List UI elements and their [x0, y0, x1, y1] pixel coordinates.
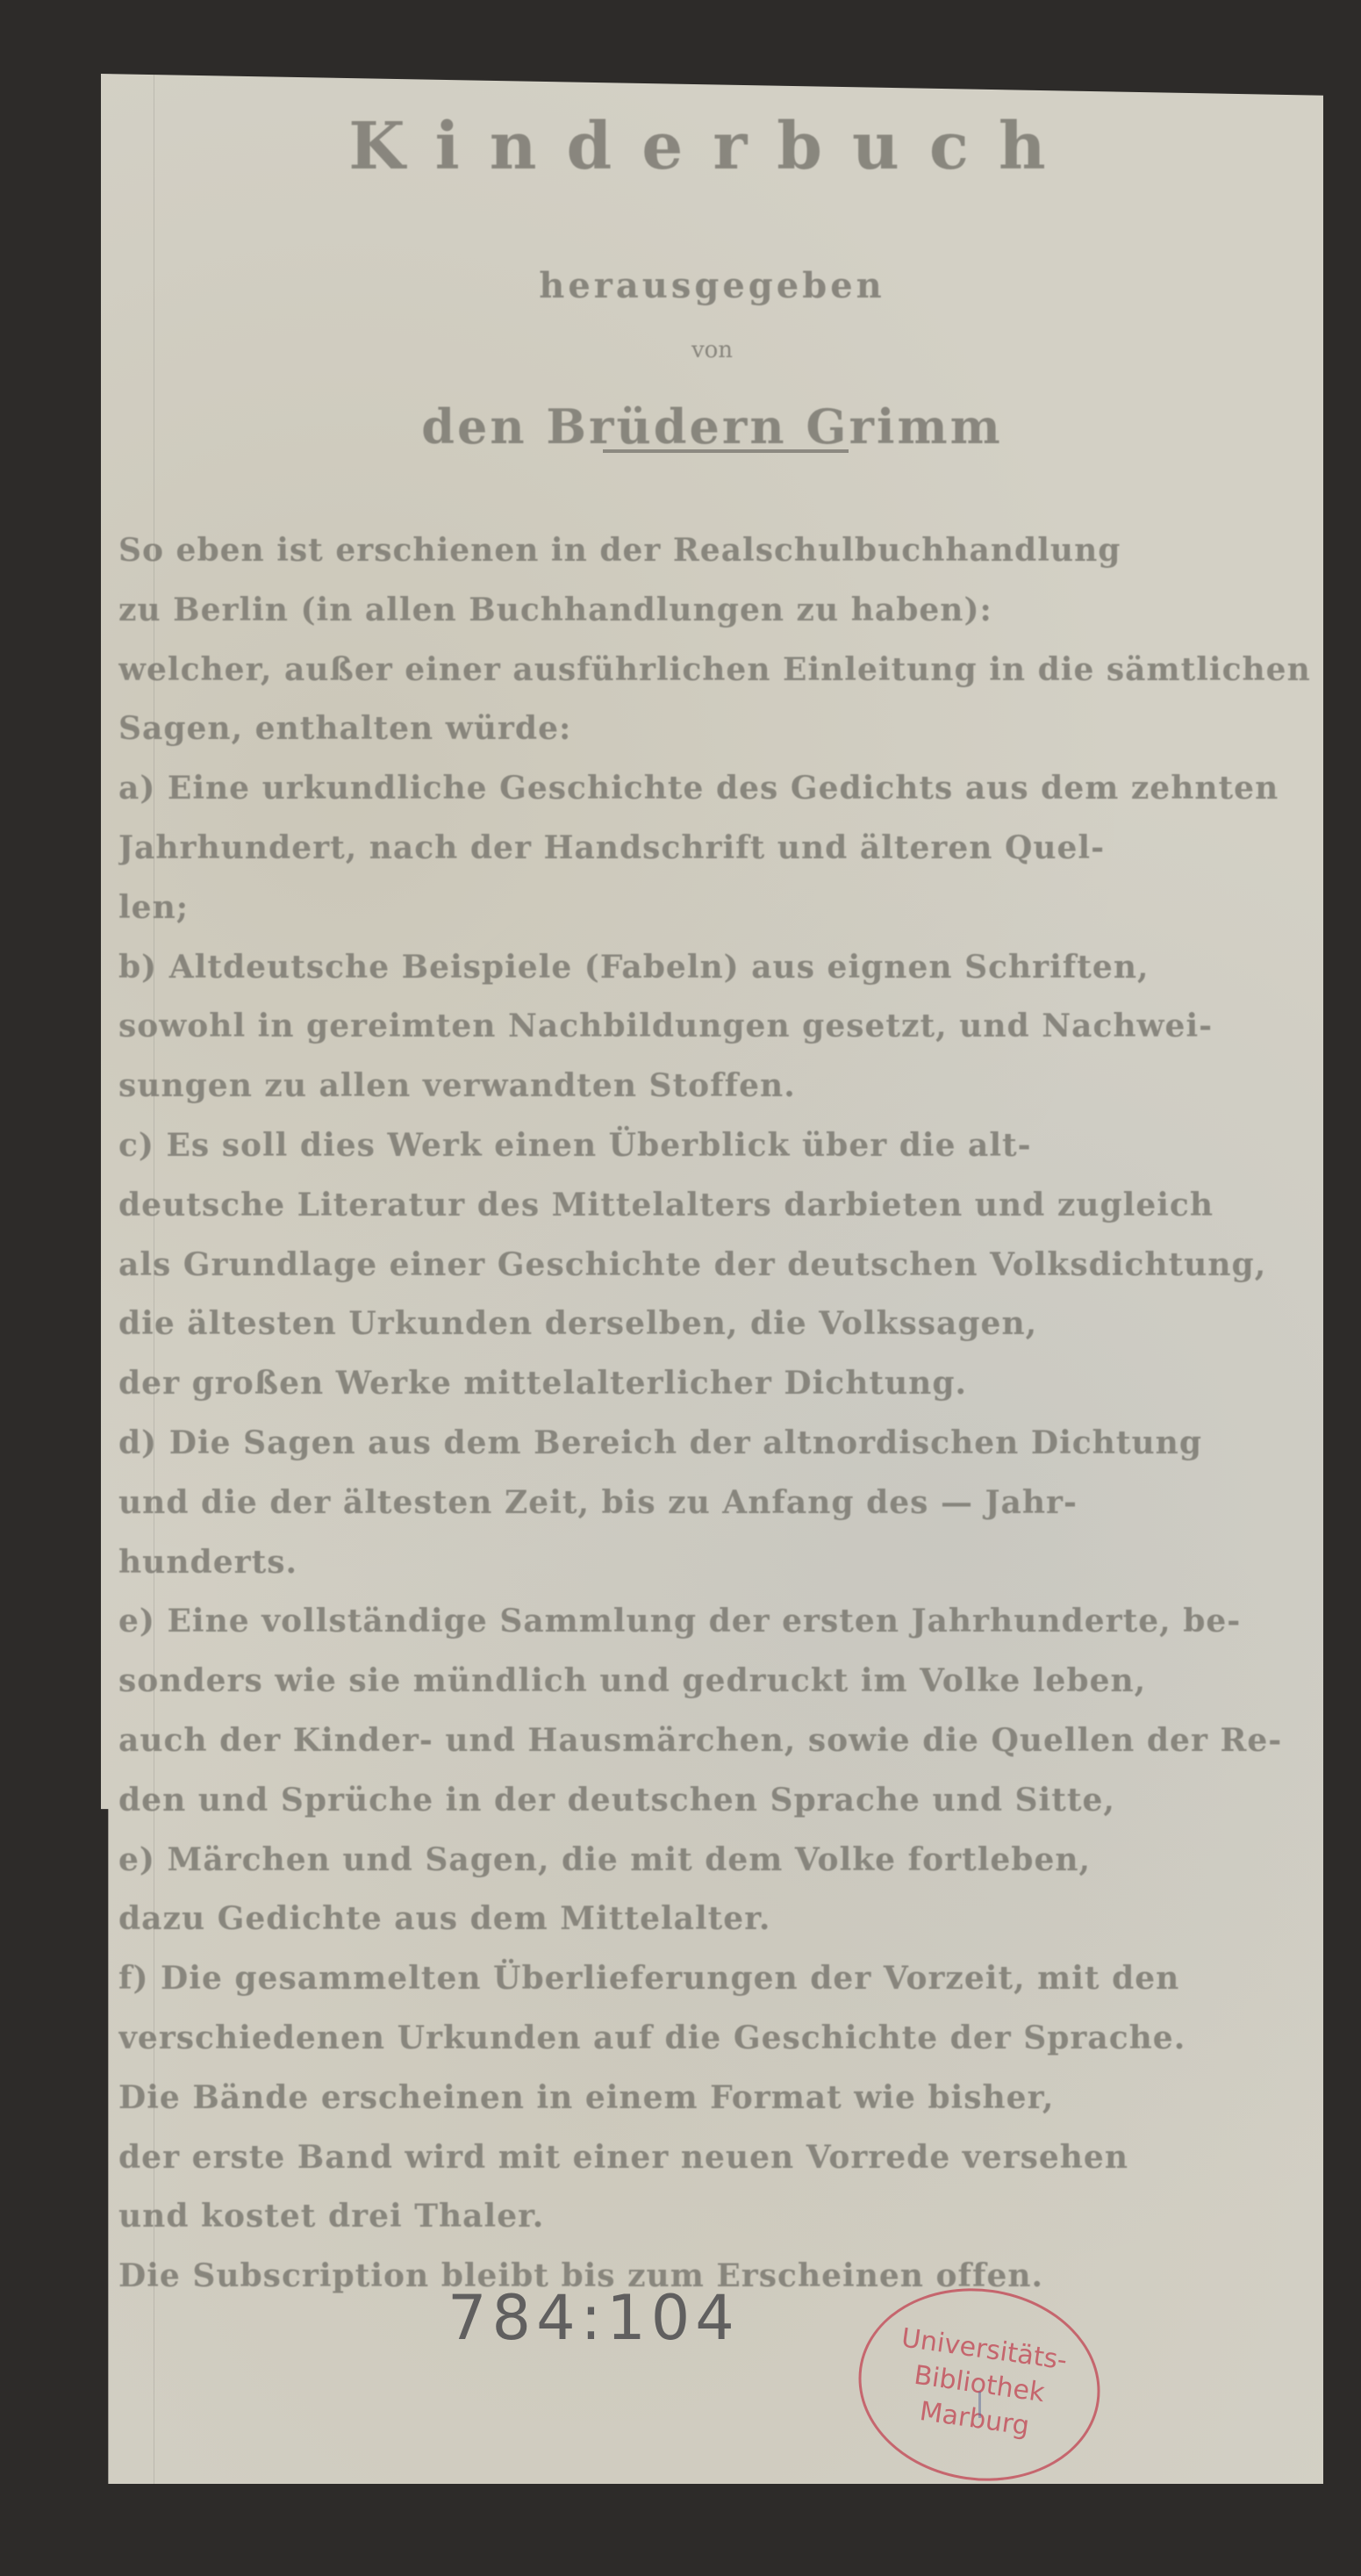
document-by: von [101, 337, 1323, 363]
body-line: der erste Band wird mit einer neuen Vorr… [118, 2128, 1312, 2188]
body-line: a) Eine urkundliche Geschichte des Gedic… [118, 759, 1312, 819]
document-authors: den Brüdern Grimm [101, 398, 1323, 455]
body-line: welcher, außer einer ausführlichen Einle… [118, 641, 1312, 700]
pencil-mark [978, 2392, 981, 2418]
document-page: Kinderbuch herausgegeben von den Brüdern… [101, 74, 1323, 2484]
body-line: hunderts. [118, 1533, 1312, 1593]
body-line: Die Bände erscheinen in einem Format wie… [118, 2069, 1312, 2128]
body-line: der großen Werke mittelalterlicher Dicht… [118, 1354, 1312, 1414]
body-line: deutsche Literatur des Mittelalters darb… [118, 1176, 1312, 1236]
body-line: Sagen, enthalten würde: [118, 700, 1312, 759]
body-line: So eben ist erschienen in der Realschulb… [118, 521, 1312, 581]
body-line: sungen zu allen verwandten Stoffen. [118, 1057, 1312, 1116]
body-line: und kostet drei Thaler. [118, 2187, 1312, 2247]
document-subtitle: herausgegeben [101, 265, 1323, 306]
body-line: Jahrhundert, nach der Handschrift und äl… [118, 819, 1312, 879]
body-line: die ältesten Urkunden derselben, die Vol… [118, 1295, 1312, 1354]
body-line: zu Berlin (in allen Buchhandlungen zu ha… [118, 581, 1312, 641]
body-line: c) Es soll dies Werk einen Überblick übe… [118, 1116, 1312, 1176]
body-line: e) Eine vollständige Sammlung der ersten… [118, 1592, 1312, 1652]
body-line: sonders wie sie mündlich und gedruckt im… [118, 1652, 1312, 1711]
body-line: verschiedenen Urkunden auf die Geschicht… [118, 2009, 1312, 2069]
body-line: f) Die gesammelten Überlieferungen der V… [118, 1949, 1312, 2009]
document-body: So eben ist erschienen in der Realschulb… [118, 521, 1312, 2307]
body-line: dazu Gedichte aus dem Mittelalter. [118, 1890, 1312, 1949]
handwritten-shelfmark: 784:104 [448, 2282, 740, 2354]
body-line: e) Märchen und Sagen, die mit dem Volke … [118, 1831, 1312, 1891]
body-line: len; [118, 879, 1312, 938]
body-line: den und Sprüche in der deutschen Sprache… [118, 1771, 1312, 1831]
body-line: und die der ältesten Zeit, bis zu Anfang… [118, 1474, 1312, 1533]
body-line: b) Altdeutsche Beispiele (Fabeln) aus ei… [118, 938, 1312, 998]
document-title: Kinderbuch [101, 109, 1323, 184]
title-divider [603, 449, 849, 453]
body-line: d) Die Sagen aus dem Bereich der altnord… [118, 1414, 1312, 1474]
body-line: auch der Kinder- und Hausmärchen, sowie … [118, 1711, 1312, 1771]
body-line: als Grundlage einer Geschichte der deuts… [118, 1236, 1312, 1295]
body-line: sowohl in gereimten Nachbildungen gesetz… [118, 997, 1312, 1057]
